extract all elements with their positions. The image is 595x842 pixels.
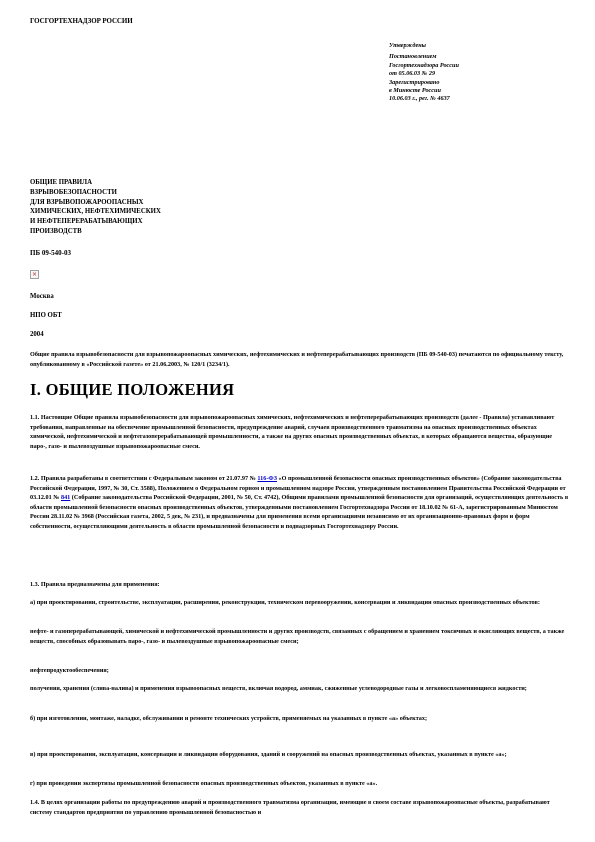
title-line: ВЗРЫВОБЕЗОПАСНОСТИ	[30, 188, 161, 198]
title-line: И НЕФТЕПЕРЕРАБАТЫВАЮЩИХ	[30, 217, 161, 227]
approval-line: Госгортехнадзора России	[389, 62, 459, 70]
paragraph-item-g: г) при проведении экспертизы промышленно…	[30, 779, 570, 789]
title-line: ХИМИЧЕСКИХ, НЕФТЕХИМИЧЕСКИХ	[30, 207, 161, 217]
paragraph-text: (Собрание законодательства Российской Фе…	[30, 494, 568, 530]
imprint-publisher: НПО ОБТ	[30, 312, 62, 319]
approval-stamp: Утверждены Постановлением Госгортехнадзо…	[389, 42, 459, 104]
approval-line: от 05.06.03 № 29	[389, 70, 459, 78]
document-code: ПБ 09-540-03	[30, 249, 71, 257]
paragraph-item-b: б) при изготовлении, монтаже, наладке, о…	[30, 714, 570, 724]
paragraph-text: 1.2. Правила разработаны в соответствии …	[30, 475, 257, 482]
title-line: ПРОИЗВОДСТВ	[30, 227, 161, 237]
decree-841-link[interactable]: 841	[61, 494, 70, 501]
paragraph-explosives: получения, хранения (слива-налива) и при…	[30, 684, 570, 694]
approval-line: 10.06.03 г., рег. № 4637	[389, 95, 459, 103]
approval-line: Зарегистрировано	[389, 79, 459, 87]
law-116-link[interactable]: 116-ФЗ	[257, 475, 277, 482]
paragraph-oil-gas: нефте- и газоперерабатывающей, химическо…	[30, 627, 570, 646]
paragraph-1-3: 1.3. Правила предназначены для применени…	[30, 580, 570, 590]
intro-paragraph: Общие правила взрывобезопасности для взр…	[30, 350, 570, 369]
section-heading: I. ОБЩИЕ ПОЛОЖЕНИЯ	[30, 380, 234, 400]
paragraph-1-4: 1.4. В целях организации работы по преду…	[30, 798, 570, 817]
document-title: ОБЩИЕ ПРАВИЛА ВЗРЫВОБЕЗОПАСНОСТИ ДЛЯ ВЗР…	[30, 178, 161, 237]
approval-line: Утверждены	[389, 42, 459, 50]
paragraph-item-v: в) при проектировании, эксплуатации, кон…	[30, 750, 570, 760]
agency-name: ГОСГОРТЕХНАДЗОР РОССИИ	[30, 17, 133, 25]
paragraph-oil-supply: нефтепродуктообеспечения;	[30, 666, 570, 676]
title-line: ДЛЯ ВЗРЫВОПОЖАРООПАСНЫХ	[30, 198, 161, 208]
approval-line: в Минюсте России	[389, 87, 459, 95]
paragraph-1-1: 1.1. Настоящие Общие правила взрывобезоп…	[30, 413, 570, 451]
paragraph-item-a: а) при проектировании, строительстве, эк…	[30, 598, 570, 608]
imprint-year: 2004	[30, 331, 44, 338]
title-line: ОБЩИЕ ПРАВИЛА	[30, 178, 161, 188]
paragraph-1-2: 1.2. Правила разработаны в соответствии …	[30, 474, 570, 532]
approval-line: Постановлением	[389, 53, 459, 61]
broken-image-icon: ×	[30, 270, 39, 279]
imprint-city: Москва	[30, 293, 54, 300]
